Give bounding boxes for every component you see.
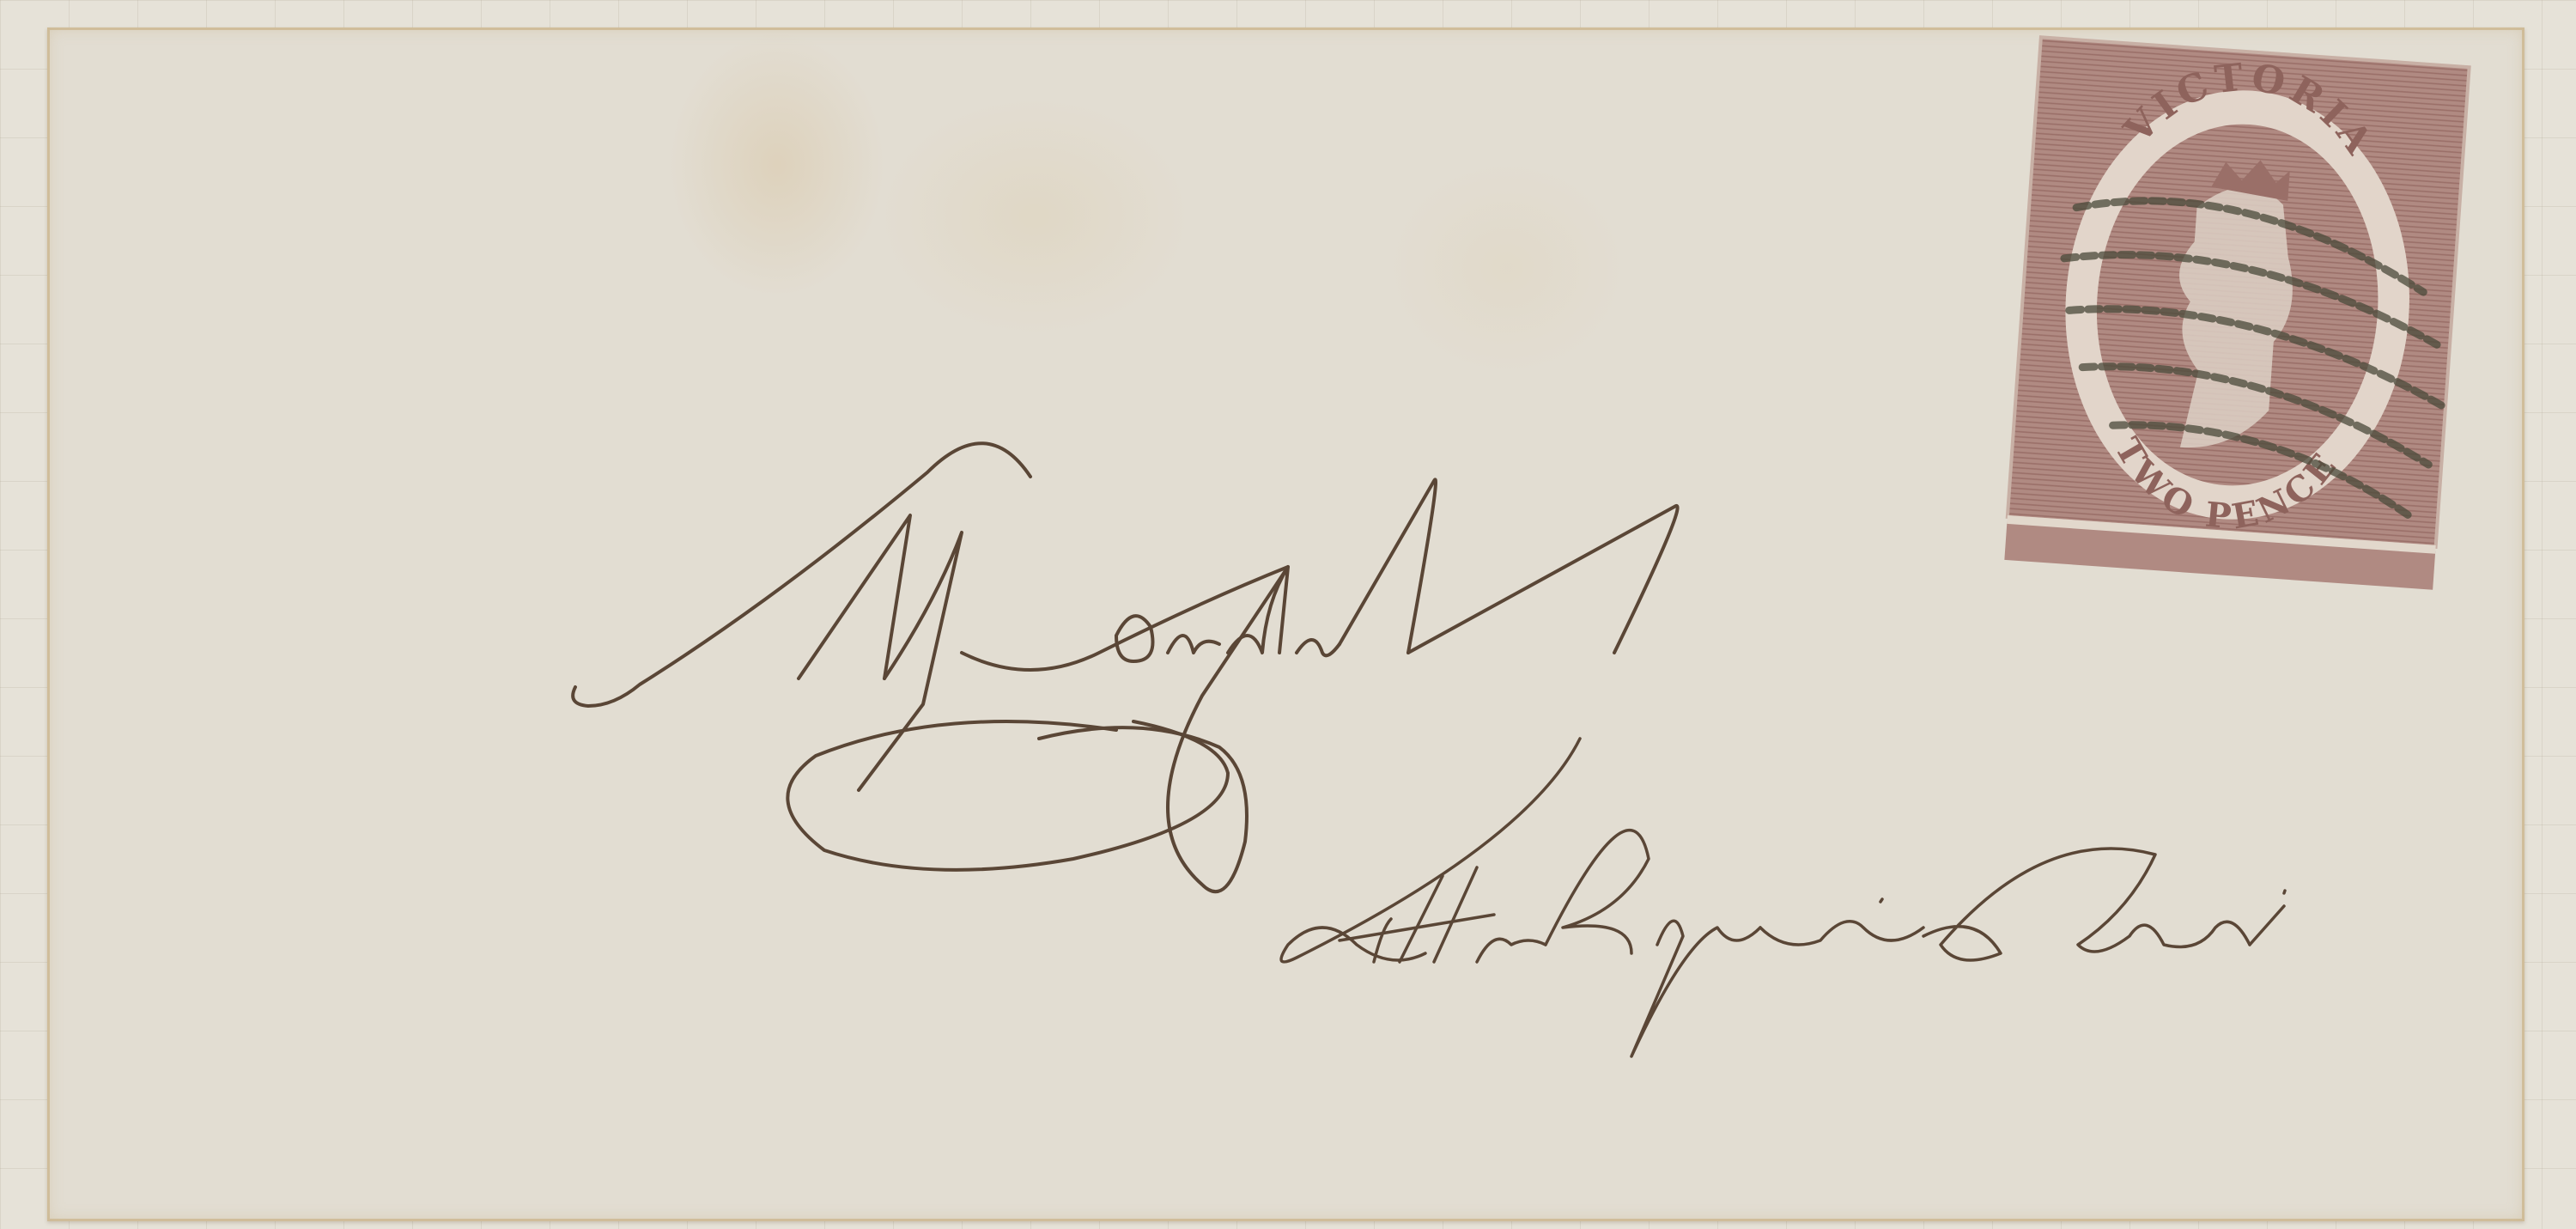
- stamp-artwork-icon: VICTORIA TWO PENCE: [2000, 33, 2474, 594]
- postage-stamp: VICTORIA TWO PENCE: [2000, 33, 2474, 594]
